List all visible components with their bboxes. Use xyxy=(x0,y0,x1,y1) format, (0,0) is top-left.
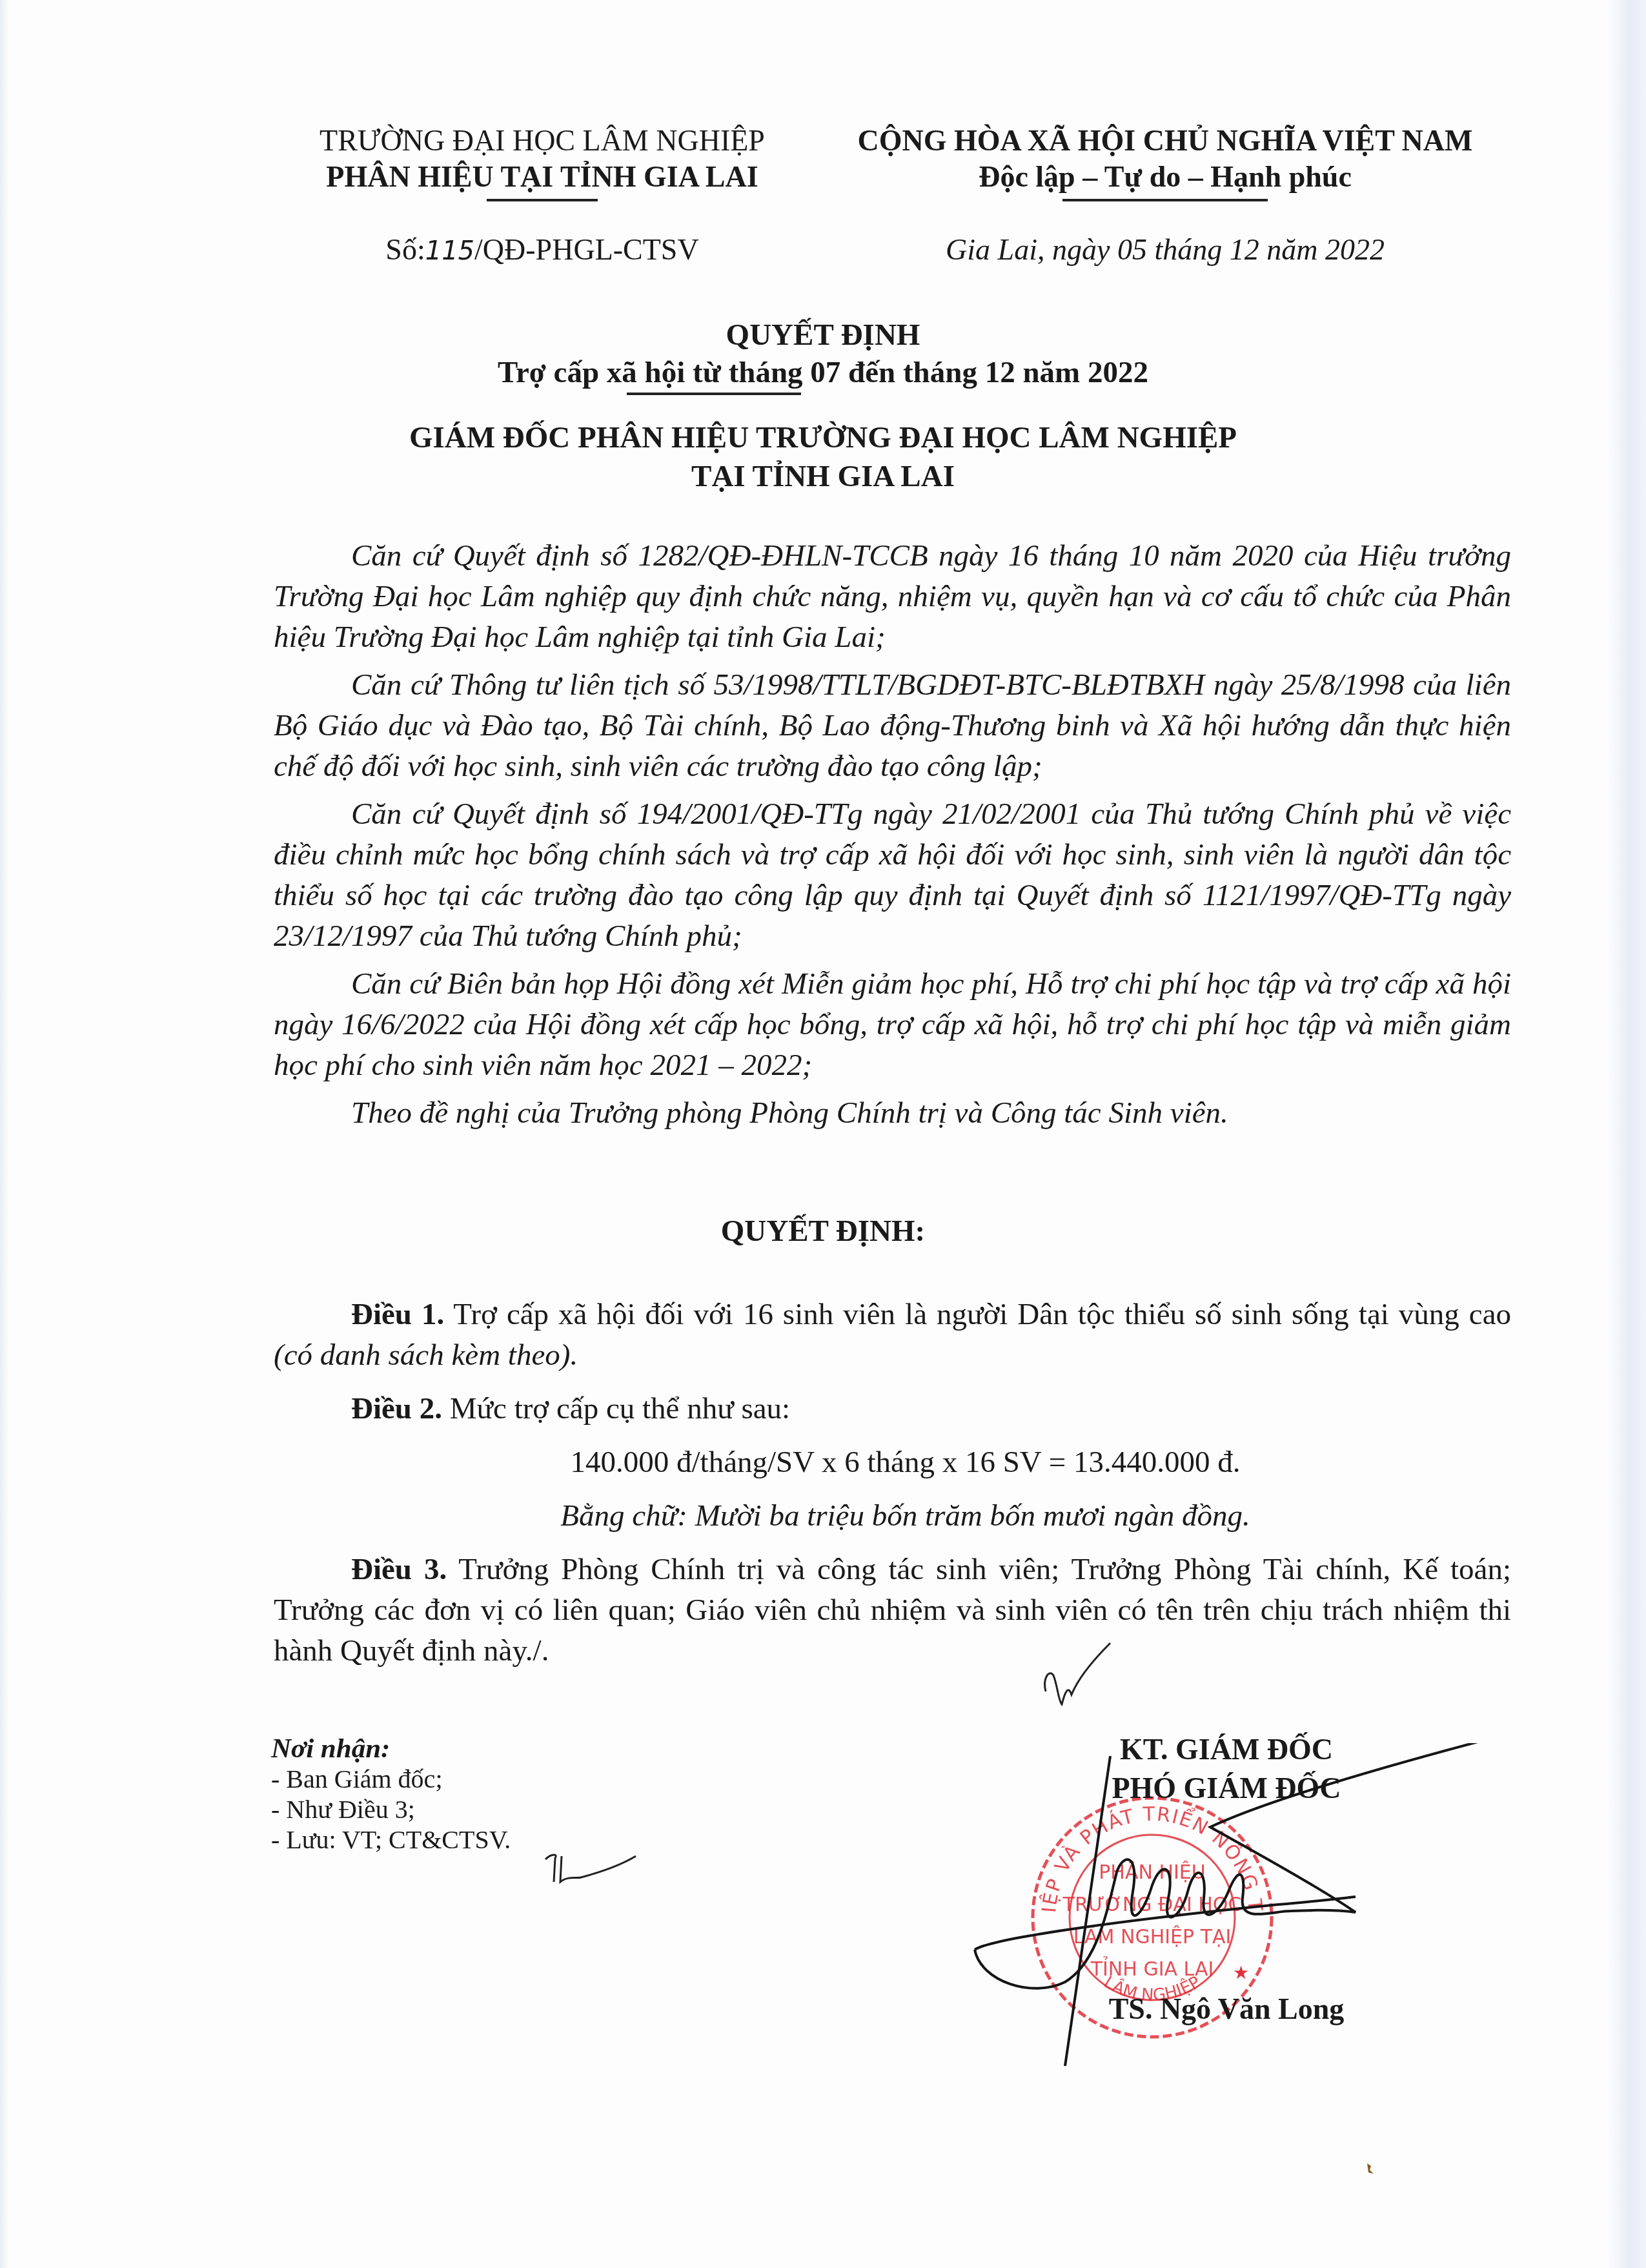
issuing-authority: GIÁM ĐỐC PHÂN HIỆU TRƯỜNG ĐẠI HỌC LÂM NG… xyxy=(0,418,1646,496)
article-3: Điều 3. Trưởng Phòng Chính trị và công t… xyxy=(274,1549,1511,1671)
document-title: QUYẾT ĐỊNH Trợ cấp xã hội từ tháng 07 đế… xyxy=(0,316,1646,391)
initial-mark-icon xyxy=(1039,1640,1117,1717)
article-2-text: Mức trợ cấp cụ thể như sau: xyxy=(442,1392,790,1425)
scan-speck-icon xyxy=(1362,2160,1380,2178)
recipient-item: - Lưu: VT; CT&CTSV. xyxy=(271,1824,511,1855)
article-2-label: Điều 2. xyxy=(351,1392,442,1425)
amount-in-words: Bằng chữ: Mười ba triệu bốn trăm bốn mươ… xyxy=(274,1496,1511,1537)
decision-heading: QUYẾT ĐỊNH: xyxy=(0,1214,1646,1249)
subject-underline xyxy=(627,393,801,395)
branch-organization: PHÂN HIỆU TẠI TỈNH GIA LAI xyxy=(271,159,813,195)
archive-initial-icon xyxy=(542,1846,639,1892)
doc-subject: Trợ cấp xã hội từ tháng 07 đến tháng 12 … xyxy=(498,354,1148,391)
legal-basis-3: Căn cứ Quyết định số 194/2001/QĐ-TTg ngà… xyxy=(274,794,1511,957)
nation-name: CỘNG HÒA XÃ HỘI CHỦ NGHĨA VIỆT NAM xyxy=(807,123,1523,159)
article-1-label: Điều 1. xyxy=(351,1298,444,1331)
signature-icon xyxy=(955,1743,1536,2079)
motto: Độc lập – Tự do – Hạnh phúc xyxy=(807,159,1523,195)
article-3-label: Điều 3. xyxy=(351,1553,447,1586)
proposal-basis: Theo đề nghị của Trưởng phòng Phòng Chín… xyxy=(274,1093,1511,1134)
recipient-item: - Như Điều 3; xyxy=(271,1794,511,1824)
articles: Điều 1. Trợ cấp xã hội đối với 16 sinh v… xyxy=(274,1294,1511,1684)
org-underline xyxy=(487,199,598,201)
legal-basis-1: Căn cứ Quyết định số 1282/QĐ-ĐHLN-TCCB n… xyxy=(274,536,1511,658)
article-1-note: (có danh sách kèm theo). xyxy=(274,1338,578,1372)
document-number: Số:115/QĐ-PHGL-CTSV xyxy=(271,232,813,267)
national-motto: CỘNG HÒA XÃ HỘI CHỦ NGHĨA VIỆT NAM Độc l… xyxy=(807,123,1523,201)
parent-organization: TRƯỜNG ĐẠI HỌC LÂM NGHIỆP xyxy=(271,123,813,159)
motto-underline xyxy=(1062,199,1268,201)
legal-basis-2: Căn cứ Thông tư liên tịch số 53/1998/TTL… xyxy=(274,665,1511,787)
legal-basis-4: Căn cứ Biên bản họp Hội đồng xét Miễn gi… xyxy=(274,964,1511,1086)
recipients: Nơi nhận: - Ban Giám đốc; - Như Điều 3; … xyxy=(271,1733,511,1855)
doc-number-handwritten: 115 xyxy=(425,236,474,266)
authority-line-1: GIÁM ĐỐC PHÂN HIỆU TRƯỜNG ĐẠI HỌC LÂM NG… xyxy=(0,418,1646,457)
article-2: Điều 2. Mức trợ cấp cụ thể như sau: xyxy=(274,1389,1511,1429)
recipient-item: - Ban Giám đốc; xyxy=(271,1764,511,1794)
doc-subject-text: Trợ cấp xã hội từ tháng 07 đến tháng 12 … xyxy=(498,356,1148,389)
place-date: Gia Lai, ngày 05 tháng 12 năm 2022 xyxy=(807,232,1523,267)
recipients-title: Nơi nhận: xyxy=(271,1733,511,1764)
preamble: Căn cứ Quyết định số 1282/QĐ-ĐHLN-TCCB n… xyxy=(274,536,1511,1141)
doc-type: QUYẾT ĐỊNH xyxy=(0,316,1646,354)
allowance-formula: 140.000 đ/tháng/SV x 6 tháng x 16 SV = 1… xyxy=(274,1442,1511,1483)
issuing-organization: TRƯỜNG ĐẠI HỌC LÂM NGHIỆP PHÂN HIỆU TẠI … xyxy=(271,123,813,201)
article-3-text: Trưởng Phòng Chính trị và công tác sinh … xyxy=(274,1553,1511,1668)
article-1: Điều 1. Trợ cấp xã hội đối với 16 sinh v… xyxy=(274,1294,1511,1376)
doc-number-prefix: Số: xyxy=(385,233,425,266)
doc-number-suffix: /QĐ-PHGL-CTSV xyxy=(474,233,699,266)
article-1-text: Trợ cấp xã hội đối với 16 sinh viên là n… xyxy=(444,1298,1511,1331)
authority-line-2: TẠI TỈNH GIA LAI xyxy=(0,457,1646,496)
